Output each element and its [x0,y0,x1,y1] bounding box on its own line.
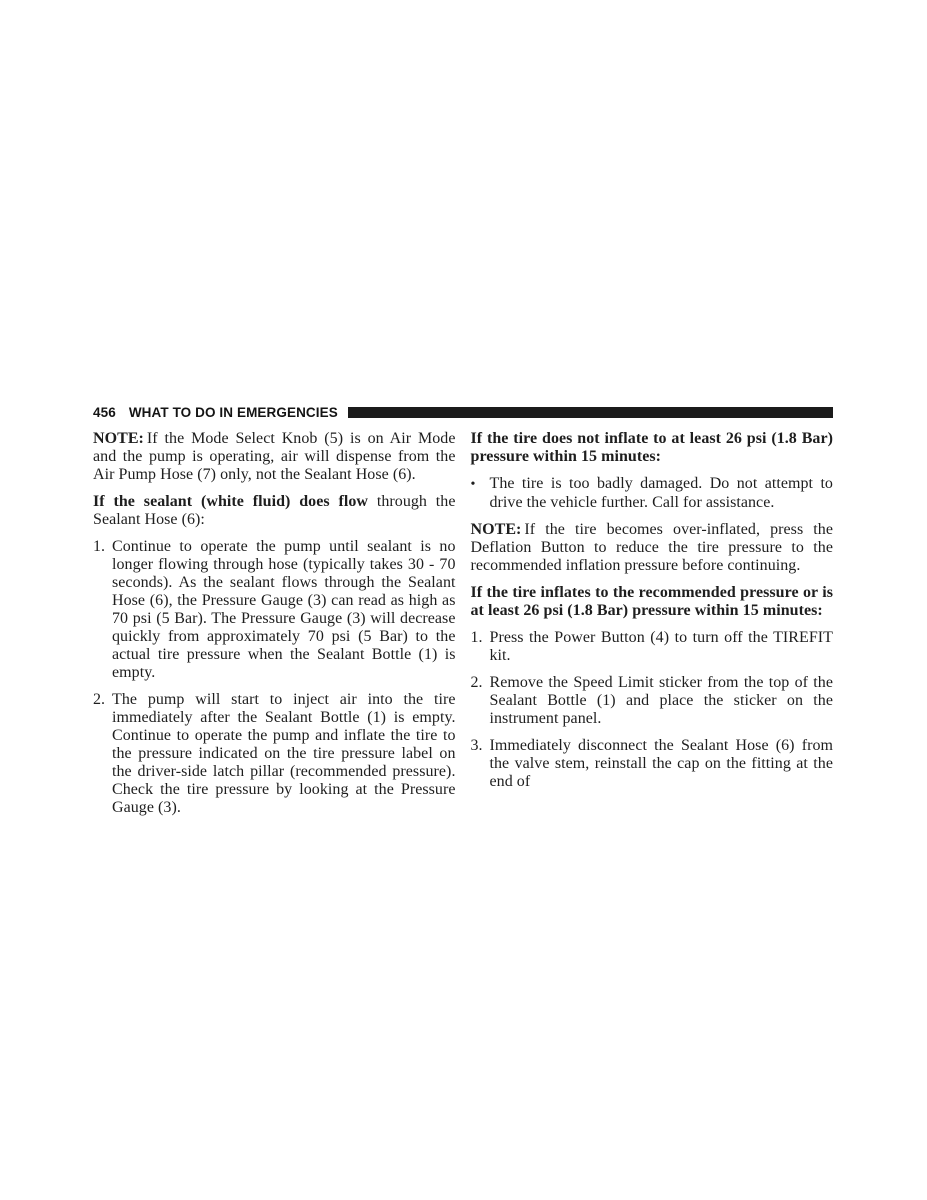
note-paragraph: NOTE:If the Mode Select Knob (5) is on A… [93,430,456,484]
numbered-item: 3.Immediately disconnect the Sealant Hos… [471,737,834,791]
subheading: If the tire does not inflate to at least… [471,430,834,466]
item-text: Press the Power Button (4) to turn off t… [490,629,834,664]
note-label: NOTE: [471,521,522,538]
item-text: Continue to operate the pump until seala… [112,538,456,681]
page-content: 456 WHAT TO DO IN EMERGENCIES NOTE:If th… [93,404,833,826]
two-column-layout: NOTE:If the Mode Select Knob (5) is on A… [93,430,833,826]
page-header: 456 WHAT TO DO IN EMERGENCIES [93,404,833,420]
header-rule [348,407,833,418]
item-number: 1. [93,538,112,556]
numbered-item: 2.The pump will start to inject air into… [93,691,456,817]
bullet-item: •The tire is too badly damaged. Do not a… [471,475,834,512]
subheading: If the tire inflates to the recommended … [471,584,834,620]
note-text: If the Mode Select Knob (5) is on Air Mo… [93,430,456,483]
note-label: NOTE: [93,430,144,447]
item-text: Immediately disconnect the Sealant Hose … [490,737,834,790]
note-text: If the tire becomes over-inflated, press… [471,521,834,574]
subheading-bold: If the sealant (white fluid) does flow [93,493,368,510]
item-number: 1. [471,629,490,647]
numbered-item: 1.Continue to operate the pump until sea… [93,538,456,682]
bullet-text: The tire is too badly damaged. Do not at… [490,475,834,511]
left-column: NOTE:If the Mode Select Knob (5) is on A… [93,430,456,826]
item-text: The pump will start to inject air into t… [112,691,456,816]
item-number: 2. [93,691,112,709]
item-text: Remove the Speed Limit sticker from the … [490,674,834,727]
right-column: If the tire does not inflate to at least… [471,430,834,826]
item-number: 2. [471,674,490,692]
page-number: 456 [93,405,116,420]
numbered-item: 1.Press the Power Button (4) to turn off… [471,629,834,665]
note-paragraph: NOTE:If the tire becomes over-inflated, … [471,521,834,575]
section-title: WHAT TO DO IN EMERGENCIES [129,405,338,420]
numbered-item: 2.Remove the Speed Limit sticker from th… [471,674,834,728]
item-number: 3. [471,737,490,755]
bullet-icon: • [471,476,490,494]
manual-page: 456 WHAT TO DO IN EMERGENCIES NOTE:If th… [0,0,927,1200]
subheading: If the sealant (white fluid) does flow t… [93,493,456,529]
